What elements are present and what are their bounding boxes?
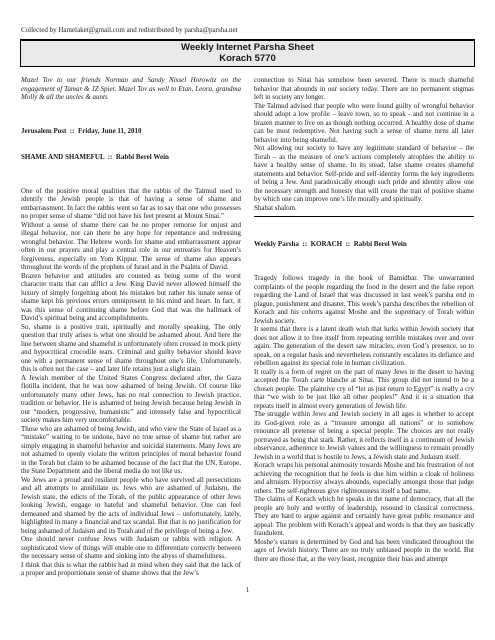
article-paragraph: Those who are ashamed of being Jewish, a… bbox=[21, 425, 241, 476]
article2-title-line: Weekly Parsha :: KORACH :: Rabbi Berel W… bbox=[254, 240, 474, 249]
mazel-tov-note: Mazel Tov to our friends Norman and Sand… bbox=[21, 76, 241, 102]
article-paragraph: Moshe’s stature is determined by God and… bbox=[254, 538, 474, 564]
article1-title-line: SHAME AND SHAMEFUL :: Rabbi Berel Wein bbox=[21, 153, 241, 162]
article1-source-line: Jerusalem Post :: Friday, June 11, 2010 bbox=[21, 127, 241, 136]
article-paragraph: It really is a form of regret on the par… bbox=[254, 368, 474, 411]
article2-heading: Weekly Parsha :: KORACH :: Rabbi Berel W… bbox=[254, 223, 474, 266]
article-paragraph: One of the positive moral qualities that… bbox=[21, 187, 241, 221]
sheet-title: Weekly Internet Parsha Sheet bbox=[21, 42, 474, 53]
parsha-sheet-page: Collected by Hamelaket@gmail.com and red… bbox=[0, 0, 495, 640]
article-paragraph: Korach wraps his personal animosity towa… bbox=[254, 461, 474, 495]
article-paragraph: Brazen behavior and attitudes are counte… bbox=[21, 272, 241, 323]
article-paragraph: The claims of Korach which he speaks in … bbox=[254, 495, 474, 538]
article-paragraph: So, shame is a positive trait, spiritual… bbox=[21, 323, 241, 374]
article-paragraph: connection to Sinai has somehow been sev… bbox=[254, 76, 474, 102]
article-paragraph: A Jewish member of the United States Con… bbox=[21, 374, 241, 425]
right-column: connection to Sinai has somehow been sev… bbox=[254, 76, 474, 578]
article-paragraph: Without a sense of shame there can be no… bbox=[21, 221, 241, 272]
page-number: 1 bbox=[0, 586, 495, 595]
collected-by-line: Collected by Hamelaket@gmail.com and red… bbox=[21, 26, 474, 35]
article-paragraph: One should never confuse Jews with Judai… bbox=[21, 535, 241, 561]
title-box: Weekly Internet Parsha Sheet Korach 5770 bbox=[20, 39, 475, 67]
article1-signoff: Shabat shalom. bbox=[254, 204, 474, 213]
section-divider bbox=[254, 216, 474, 217]
sheet-subtitle: Korach 5770 bbox=[21, 53, 474, 64]
two-column-body: Mazel Tov to our friends Norman and Sand… bbox=[21, 76, 474, 578]
article-paragraph: It seems that there is a latent death wi… bbox=[254, 325, 474, 368]
article-paragraph: The struggle within Jews and Jewish soci… bbox=[254, 410, 474, 461]
article-paragraph: We Jews are a proud and resilient people… bbox=[21, 476, 241, 536]
article-paragraph: I think that this is what the rabbis had… bbox=[21, 561, 241, 578]
article-paragraph: Tragedy follows tragedy in the book of B… bbox=[254, 274, 474, 325]
left-column: Mazel Tov to our friends Norman and Sand… bbox=[21, 76, 241, 578]
article-paragraph: Not allowing our society to have any leg… bbox=[254, 144, 474, 204]
article1-heading: Jerusalem Post :: Friday, June 11, 2010 … bbox=[21, 110, 241, 178]
article-paragraph: The Talmud advised that people who were … bbox=[254, 102, 474, 145]
